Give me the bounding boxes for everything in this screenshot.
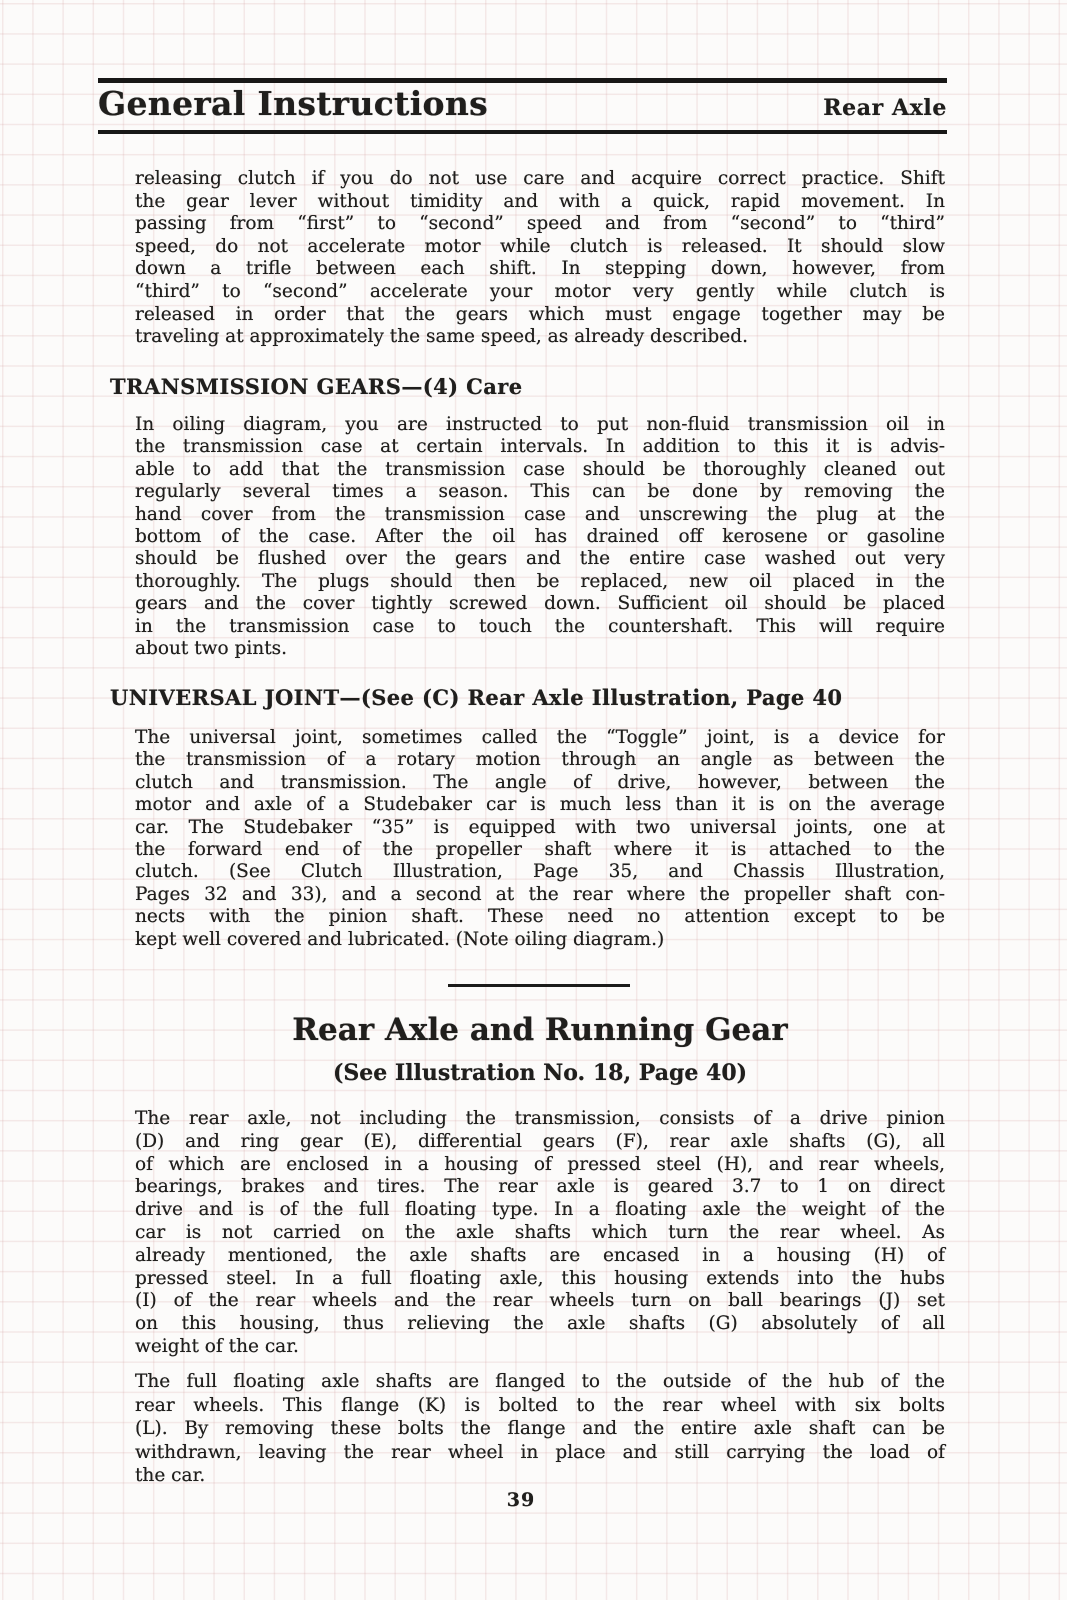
text-line: In oiling diagram, you are instructed to… bbox=[135, 414, 945, 436]
text-line: passing from “first” to “second” speed a… bbox=[135, 213, 945, 236]
text-line: the transmission case at certain interva… bbox=[135, 436, 945, 458]
text-line: The rear axle, not including the transmi… bbox=[135, 1108, 945, 1131]
section-divider-rule bbox=[448, 984, 630, 987]
section-subtitle-illustration-ref: (See Illustration No. 18, Page 40) bbox=[135, 1060, 945, 1086]
running-head-left: General Instructions bbox=[98, 84, 488, 123]
page-header: General Instructions Rear Axle bbox=[98, 84, 947, 123]
text-line: pressed steel. In a full floating axle, … bbox=[135, 1268, 945, 1291]
paragraph-axle-shaft-flange: The full floating axle shafts are flange… bbox=[135, 1370, 945, 1488]
text-line: The full floating axle shafts are flange… bbox=[135, 1370, 945, 1394]
page-number: 39 bbox=[135, 1489, 907, 1511]
scanned-manual-page: { "colors": { "paper": "#fcfbfa", "grid_… bbox=[0, 0, 1067, 1600]
text-line: car. The Studebaker “35” is equipped wit… bbox=[135, 817, 945, 839]
text-line: regularly several times a season. This c… bbox=[135, 481, 945, 503]
text-line: clutch and transmission. The angle of dr… bbox=[135, 772, 945, 794]
header-rule-bottom bbox=[98, 130, 947, 134]
text-line: of which are enclosed in a housing of pr… bbox=[135, 1154, 945, 1177]
text-line: traveling at approximately the same spee… bbox=[135, 326, 945, 349]
text-line: rear wheels. This flange (K) is bolted t… bbox=[135, 1394, 945, 1418]
text-line: drive and is of the full floating type. … bbox=[135, 1199, 945, 1222]
text-line: already mentioned, the axle shafts are e… bbox=[135, 1245, 945, 1268]
text-line: the forward end of the propeller shaft w… bbox=[135, 839, 945, 861]
text-line: the transmission of a rotary motion thro… bbox=[135, 749, 945, 771]
text-line: nects with the pinion shaft. These need … bbox=[135, 906, 945, 928]
paragraph-rear-axle-construction: The rear axle, not including the transmi… bbox=[135, 1108, 945, 1359]
text-line: on this housing, thus relieving the axle… bbox=[135, 1313, 945, 1336]
section-heading-transmission-gears: TRANSMISSION GEARS—(4) Care bbox=[110, 374, 950, 399]
section-heading-universal-joint: UNIVERSAL JOINT—(See (C) Rear Axle Illus… bbox=[110, 685, 950, 710]
header-rule-top bbox=[98, 78, 947, 83]
text-line: the gear lever without timidity and with… bbox=[135, 191, 945, 214]
text-line: the car. bbox=[135, 1464, 945, 1488]
paragraph-transmission-care: In oiling diagram, you are instructed to… bbox=[135, 414, 945, 660]
running-head-right: Rear Axle bbox=[823, 95, 947, 121]
text-line: able to add that the transmission case s… bbox=[135, 459, 945, 481]
text-line: (L). By removing these bolts the flange … bbox=[135, 1417, 945, 1441]
text-line: motor and axle of a Studebaker car is mu… bbox=[135, 794, 945, 816]
text-line: bottom of the case. After the oil has dr… bbox=[135, 526, 945, 548]
paragraph-gear-shifting: releasing clutch if you do not use care … bbox=[135, 168, 945, 349]
text-line: kept well covered and lubricated. (Note … bbox=[135, 929, 945, 951]
text-line: weight of the car. bbox=[135, 1336, 945, 1359]
text-line: clutch. (See Clutch Illustration, Page 3… bbox=[135, 861, 945, 883]
text-line: should be flushed over the gears and the… bbox=[135, 548, 945, 570]
text-line: hand cover from the transmission case an… bbox=[135, 504, 945, 526]
text-line: bearings, brakes and tires. The rear axl… bbox=[135, 1176, 945, 1199]
section-title-rear-axle: Rear Axle and Running Gear bbox=[135, 1012, 945, 1048]
text-line: down a trifle between each shift. In ste… bbox=[135, 258, 945, 281]
text-line: “third” to “second” accelerate your moto… bbox=[135, 281, 945, 304]
text-line: (I) of the rear wheels and the rear whee… bbox=[135, 1290, 945, 1313]
text-line: The universal joint, sometimes called th… bbox=[135, 727, 945, 749]
text-line: Pages 32 and 33), and a second at the re… bbox=[135, 884, 945, 906]
text-line: car is not carried on the axle shafts wh… bbox=[135, 1222, 945, 1245]
paragraph-universal-joint: The universal joint, sometimes called th… bbox=[135, 727, 945, 951]
text-line: gears and the cover tightly screwed down… bbox=[135, 593, 945, 615]
text-line: speed, do not accelerate motor while clu… bbox=[135, 236, 945, 259]
text-line: in the transmission case to touch the co… bbox=[135, 616, 945, 638]
text-line: thoroughly. The plugs should then be rep… bbox=[135, 571, 945, 593]
text-line: releasing clutch if you do not use care … bbox=[135, 168, 945, 191]
text-line: withdrawn, leaving the rear wheel in pla… bbox=[135, 1441, 945, 1465]
text-line: (D) and ring gear (E), differential gear… bbox=[135, 1131, 945, 1154]
text-line: released in order that the gears which m… bbox=[135, 304, 945, 327]
text-line: about two pints. bbox=[135, 638, 945, 660]
